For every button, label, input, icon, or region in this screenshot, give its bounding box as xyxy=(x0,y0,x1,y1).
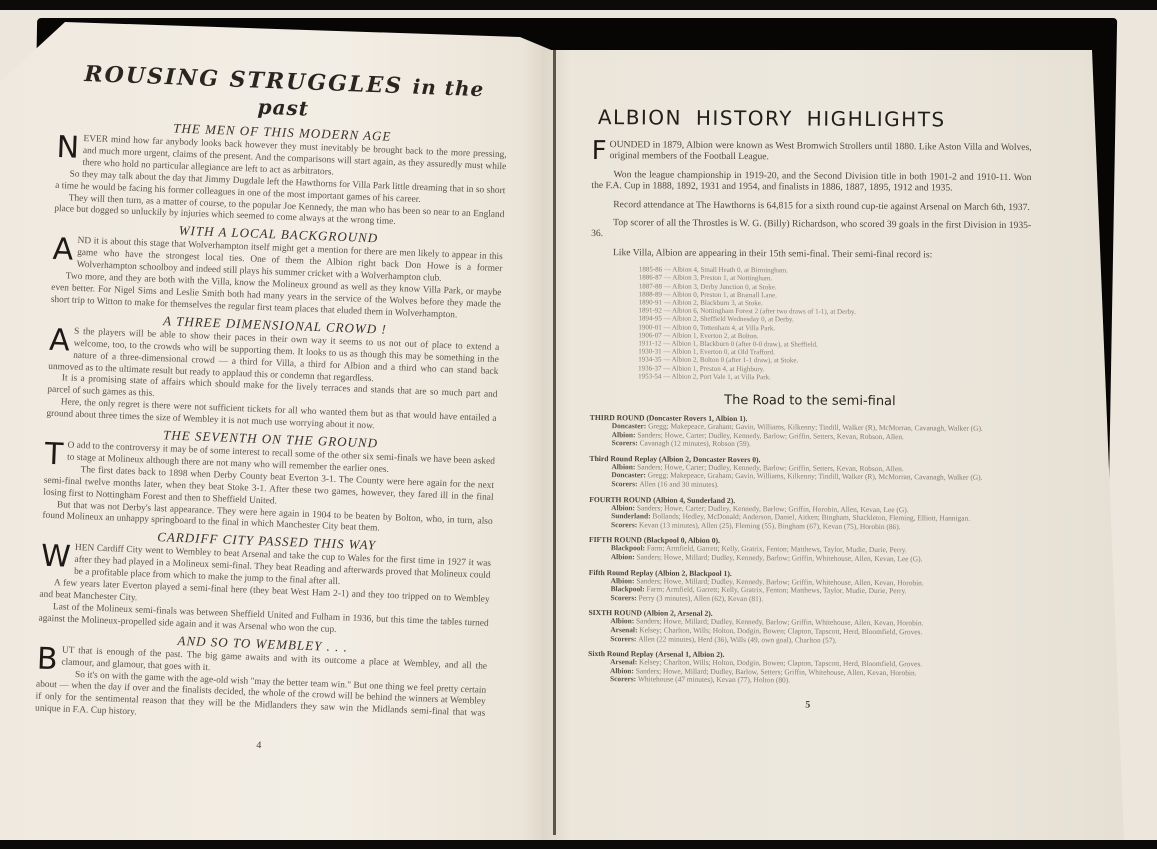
history-paragraph: Record attendance at The Hawthorns is 64… xyxy=(591,199,1031,213)
drop-cap: W xyxy=(40,544,71,571)
rounds-list: THIRD ROUND (Doncaster Rovers 1, Albion … xyxy=(588,413,1030,687)
right-page-content: ALBION HISTORY HIGHLIGHTS FOUNDED in 187… xyxy=(588,105,1032,712)
round-line: Scorers: Allen (22 minutes), Herd (36), … xyxy=(600,635,1028,647)
team-label: Albion: xyxy=(611,552,637,561)
drop-cap: T xyxy=(44,442,63,469)
team-label: Scorers: xyxy=(610,634,638,643)
article-section: CARDIFF CITY PASSED THIS WAYWHEN Cardiff… xyxy=(38,525,492,643)
road-title: The Road to the semi-final xyxy=(590,392,1030,410)
drop-cap: F xyxy=(592,140,607,162)
round-block: SIXTH ROUND (Albion 2, Arsenal 2).Albion… xyxy=(588,608,1028,646)
round-block: FOURTH ROUND (Albion 4, Sunderland 2).Al… xyxy=(589,495,1029,533)
round-line: Scorers: Whitehouse (47 minutes), Kevan … xyxy=(600,675,1028,687)
drop-cap: A xyxy=(52,237,74,264)
drop-cap: B xyxy=(36,646,58,673)
round-block: Fifth Round Replay (Albion 2, Blackpool … xyxy=(589,568,1029,606)
history-paragraph: Won the league championship in 1919-20, … xyxy=(591,169,1031,195)
round-block: Sixth Round Replay (Arsenal 1, Albion 2)… xyxy=(588,649,1028,687)
team-label: Scorers: xyxy=(612,438,640,447)
round-block: FIFTH ROUND (Blackpool 0, Albion 0).Blac… xyxy=(589,535,1029,564)
record-item: 1953-54 — Albion 2, Port Vale 1, at Vill… xyxy=(638,372,1030,383)
drop-cap: A xyxy=(49,328,71,355)
history-paragraphs: FOUNDED in 1879, Albion were known as We… xyxy=(591,139,1032,261)
left-page-content: ROUSING STRUGGLES in the past THE MEN OF… xyxy=(34,60,510,760)
history-title: ALBION HISTORY HIGHLIGHTS xyxy=(598,105,1032,132)
drop-cap: N xyxy=(56,135,79,162)
team-label: Scorers: xyxy=(611,479,639,488)
round-line: Scorers: Cavanagh (12 minutes), Robson (… xyxy=(602,439,1030,451)
article-section: WITH A LOCAL BACKGROUNDAND it is about t… xyxy=(51,218,504,324)
team-label: Scorers: xyxy=(610,675,638,684)
article-section: THE MEN OF THIS MODERN AGENEVER mind how… xyxy=(54,116,508,234)
history-paragraph: FOUNDED in 1879, Albion were known as We… xyxy=(592,139,1032,165)
semi-final-record-list: 1885-86 — Albion 4, Small Heath 0, at Bi… xyxy=(638,266,1031,384)
team-label: Scorers: xyxy=(611,520,639,529)
team-label: Scorers: xyxy=(611,593,639,602)
book-gutter xyxy=(553,50,556,835)
article-sections: THE MEN OF THIS MODERN AGENEVER mind how… xyxy=(35,116,508,733)
article-section: A THREE DIMENSIONAL CROWD !AS the player… xyxy=(46,309,500,438)
history-paragraph: Top scorer of all the Throstles is W. G.… xyxy=(591,217,1031,243)
article-section: AND SO TO WEMBLEY . . .BUT that is enoug… xyxy=(35,627,488,733)
round-line: Scorers: Perry (3 minutes), Allen (62), … xyxy=(601,594,1029,606)
history-paragraph: Like Villa, Albion are appearing in thei… xyxy=(591,247,1031,261)
article-section: THE SEVENTH ON THE GROUNDTO add to the c… xyxy=(42,423,496,541)
round-line: Albion: Sanders; Howe, Millard; Dudley, … xyxy=(601,553,1029,565)
round-block: THIRD ROUND (Doncaster Rovers 1, Albion … xyxy=(590,413,1030,451)
round-block: Third Round Replay (Albion 2, Doncaster … xyxy=(589,454,1029,492)
photo-scene: ROUSING STRUGGLES in the past THE MEN OF… xyxy=(0,0,1157,849)
